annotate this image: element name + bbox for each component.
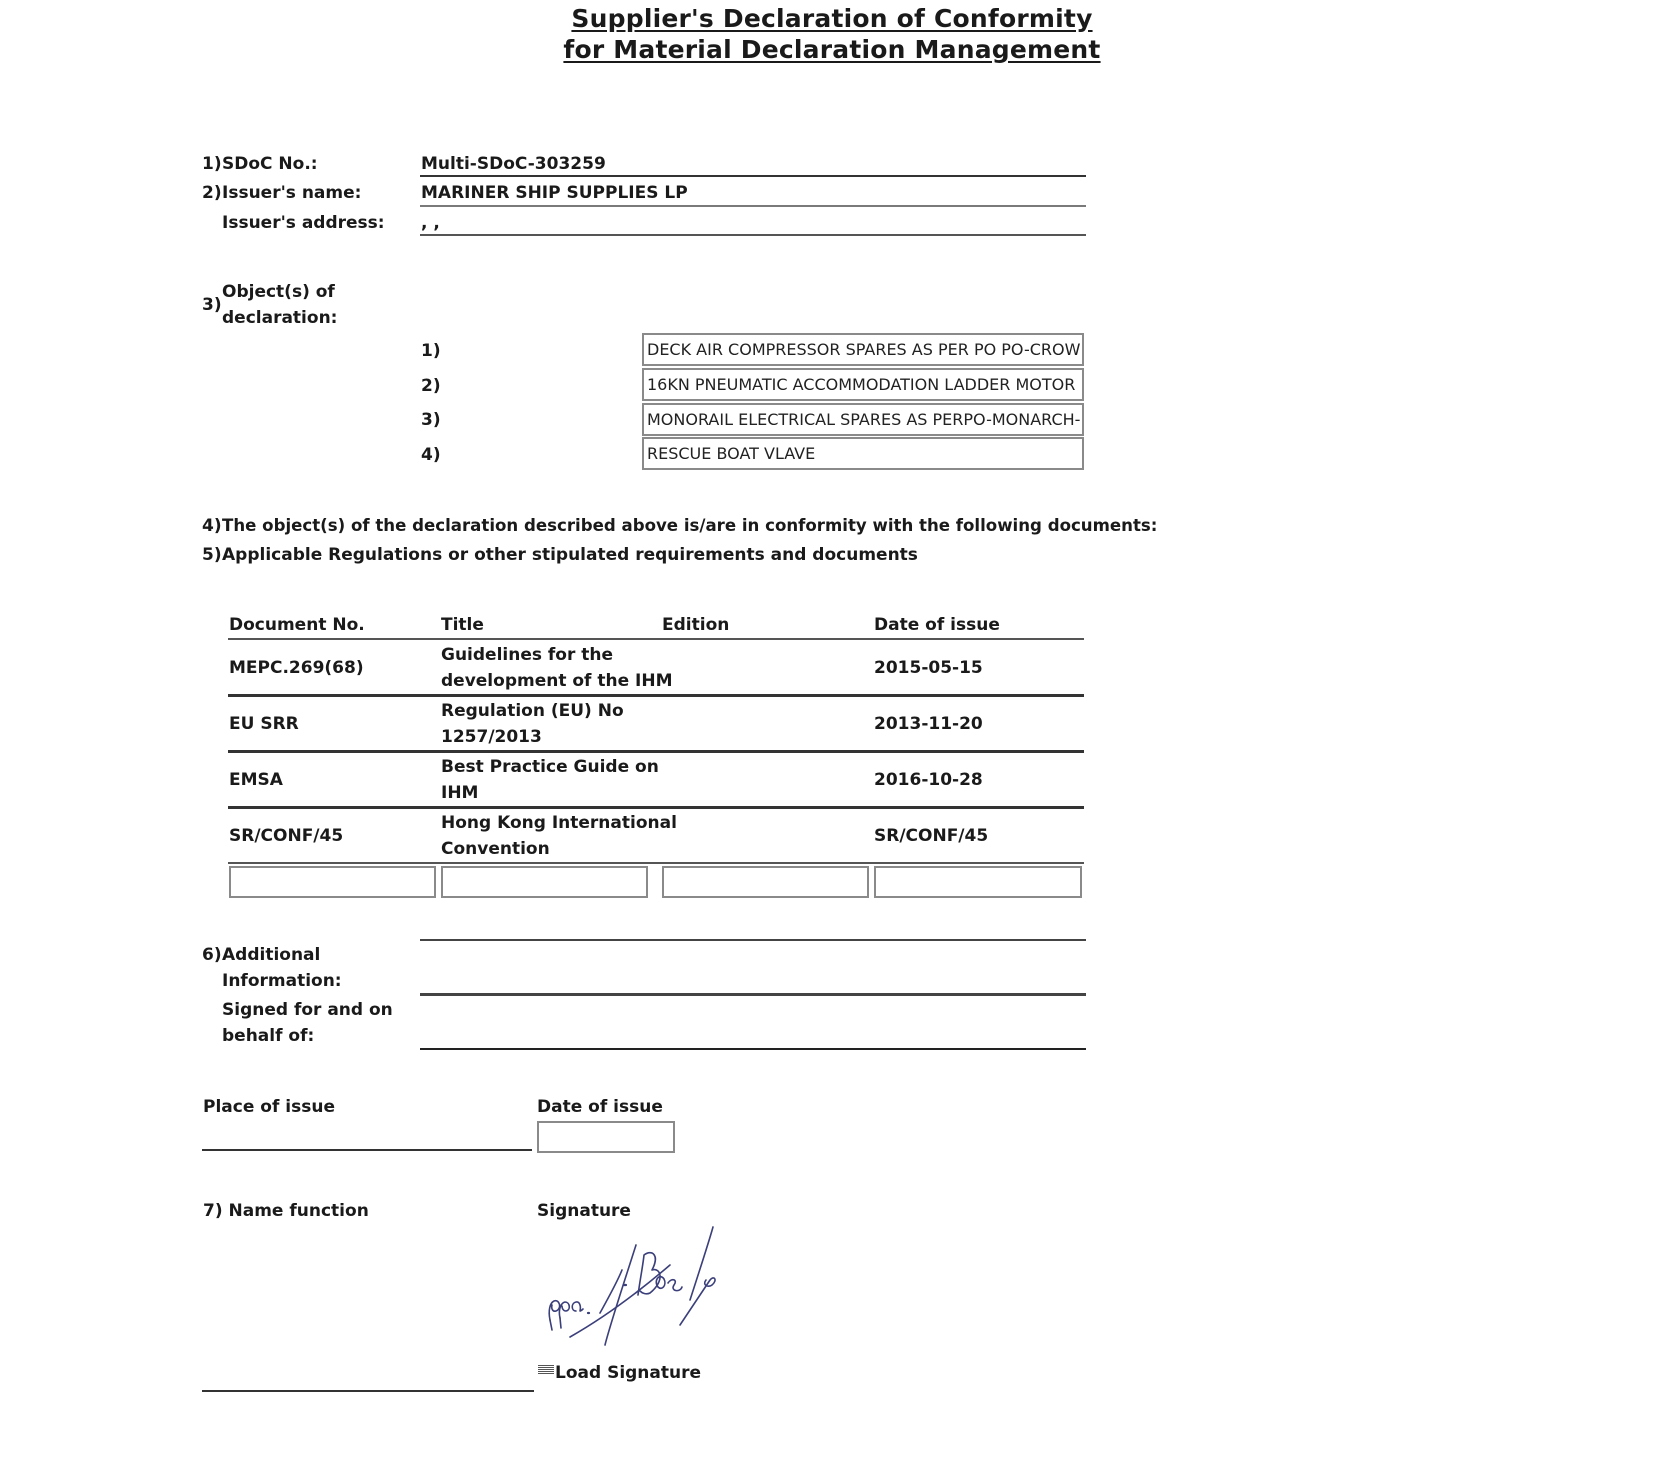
additional-info-label-line-2: Information: bbox=[222, 971, 342, 991]
cell-title-line-1: Best Practice Guide on bbox=[441, 754, 659, 780]
table-header-divider bbox=[228, 638, 1084, 640]
cell-title-line-2: IHM bbox=[441, 780, 478, 806]
object-item-input[interactable]: RESCUE BOAT VLAVE bbox=[642, 437, 1084, 470]
cell-document-no: SR/CONF/45 bbox=[229, 823, 343, 849]
title-line-1: Supplier's Declaration of Conformity bbox=[0, 4, 1655, 33]
cell-date: 2016-10-28 bbox=[874, 767, 983, 793]
cell-document-no: EMSA bbox=[229, 767, 283, 793]
signature-label: Signature bbox=[537, 1201, 631, 1221]
cell-date: 2013-11-20 bbox=[874, 711, 983, 737]
new-date-input[interactable] bbox=[874, 866, 1082, 898]
issuer-address-label: Issuer's address: bbox=[222, 213, 385, 233]
place-of-issue-field[interactable] bbox=[202, 1118, 532, 1148]
load-signature-label: Load Signature bbox=[555, 1363, 701, 1383]
issuer-name-label: Issuer's name: bbox=[222, 183, 361, 203]
name-function-field[interactable] bbox=[202, 1230, 532, 1385]
name-function-underline bbox=[202, 1390, 534, 1392]
object-item-index: 3) bbox=[421, 410, 441, 430]
additional-info-underline bbox=[420, 993, 1086, 996]
object-item-index: 4) bbox=[421, 445, 441, 465]
object-item-index: 2) bbox=[421, 376, 441, 396]
object-item-input[interactable]: DECK AIR COMPRESSOR SPARES AS PER PO PO-… bbox=[642, 333, 1084, 366]
cell-title-line-2: development of the IHM bbox=[441, 668, 673, 694]
date-of-issue-input[interactable] bbox=[537, 1121, 675, 1153]
issuer-name-underline bbox=[420, 205, 1086, 207]
signed-behalf-label-line-1: Signed for and on bbox=[222, 1000, 393, 1020]
cell-document-no: EU SRR bbox=[229, 711, 299, 737]
statement-4-text: The object(s) of the declaration describ… bbox=[222, 516, 1157, 535]
lines-icon bbox=[538, 1365, 554, 1375]
sdoc-number-underline bbox=[420, 175, 1086, 177]
new-document-no-input[interactable] bbox=[229, 866, 436, 898]
signed-behalf-label-line-2: behalf of: bbox=[222, 1026, 314, 1046]
column-header-date-of-issue: Date of issue bbox=[874, 615, 1000, 635]
object-item-index: 1) bbox=[421, 341, 441, 361]
cell-title-line-1: Regulation (EU) No bbox=[441, 698, 624, 724]
column-header-title: Title bbox=[441, 615, 484, 635]
objects-label-line-1: Object(s) of bbox=[222, 282, 335, 302]
additional-info-label-line-1: Additional bbox=[222, 945, 320, 965]
row-divider bbox=[228, 750, 1084, 753]
additional-info-top-line bbox=[420, 939, 1086, 941]
cell-date: 2015-05-15 bbox=[874, 655, 983, 681]
cell-document-no: MEPC.269(68) bbox=[229, 655, 364, 681]
place-of-issue-label: Place of issue bbox=[203, 1097, 335, 1117]
issuer-name-value[interactable]: MARINER SHIP SUPPLIES LP bbox=[421, 183, 688, 203]
cell-title-line-1: Hong Kong International bbox=[441, 810, 677, 836]
sdoc-number-label: SDoC No.: bbox=[222, 154, 318, 174]
statement-5-index: 5) bbox=[202, 545, 222, 565]
name-function-label: 7) Name function bbox=[203, 1201, 369, 1221]
new-edition-input[interactable] bbox=[662, 866, 869, 898]
object-item-input[interactable]: MONORAIL ELECTRICAL SPARES AS PERPO-MONA… bbox=[642, 403, 1084, 436]
objects-label-line-2: declaration: bbox=[222, 308, 337, 328]
cell-date: SR/CONF/45 bbox=[874, 823, 988, 849]
place-of-issue-underline bbox=[202, 1149, 532, 1151]
sdoc-number-value[interactable]: Multi-SDoC-303259 bbox=[421, 154, 606, 174]
row-divider bbox=[228, 806, 1084, 809]
signed-behalf-field[interactable] bbox=[420, 998, 1086, 1046]
signed-behalf-underline bbox=[420, 1048, 1086, 1050]
column-header-document-no: Document No. bbox=[229, 615, 365, 635]
issuer-address-underline bbox=[420, 234, 1086, 236]
cell-title-line-2: Convention bbox=[441, 836, 550, 862]
title-line-2: for Material Declaration Management bbox=[0, 35, 1655, 64]
statement-5-text: Applicable Regulations or other stipulat… bbox=[222, 545, 918, 565]
sdoc-number-index: 1) bbox=[202, 154, 222, 174]
signature-image bbox=[540, 1225, 740, 1355]
additional-info-index: 6) bbox=[202, 945, 222, 965]
statement-4-index: 4) bbox=[202, 516, 222, 536]
objects-index: 3) bbox=[202, 295, 222, 315]
issuer-name-index: 2) bbox=[202, 183, 222, 203]
row-divider bbox=[228, 862, 1084, 864]
issuer-address-value[interactable]: , , bbox=[421, 213, 440, 233]
cell-title-line-1: Guidelines for the bbox=[441, 642, 613, 668]
load-signature-button[interactable]: Load Signature bbox=[538, 1363, 701, 1383]
cell-title-line-2: 1257/2013 bbox=[441, 724, 542, 750]
column-header-edition: Edition bbox=[662, 615, 729, 635]
new-title-input[interactable] bbox=[441, 866, 648, 898]
date-of-issue-label: Date of issue bbox=[537, 1097, 663, 1117]
row-divider bbox=[228, 694, 1084, 697]
additional-info-field[interactable] bbox=[420, 943, 1086, 992]
object-item-input[interactable]: 16KN PNEUMATIC ACCOMMODATION LADDER MOTO… bbox=[642, 368, 1084, 401]
signature-drawing bbox=[540, 1225, 740, 1355]
